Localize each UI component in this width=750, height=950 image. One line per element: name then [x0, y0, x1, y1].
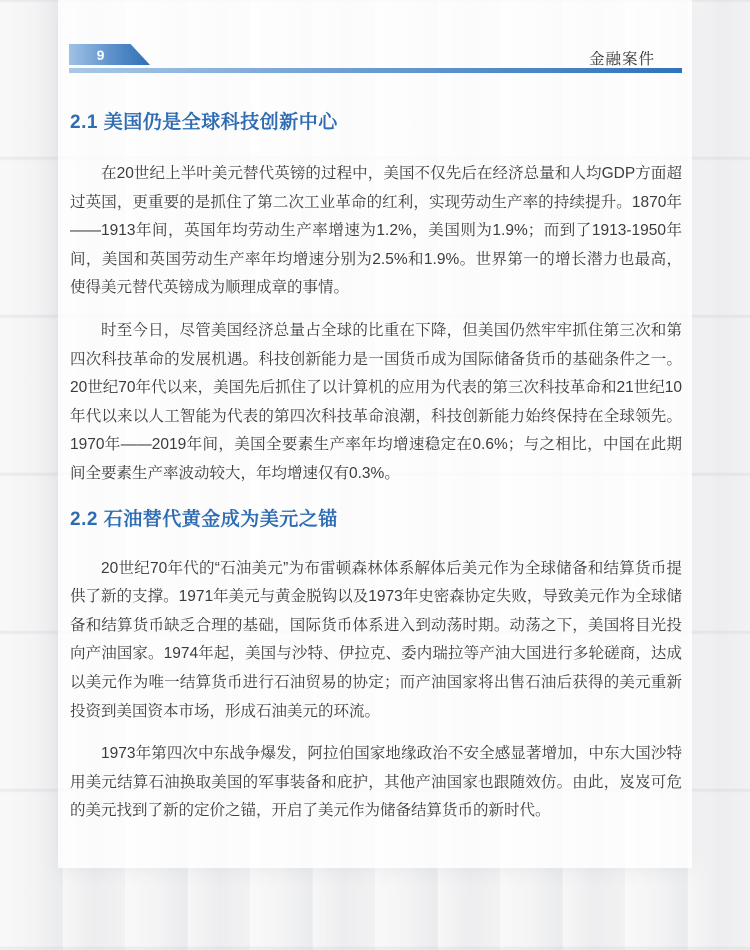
page-number: 9 [97, 47, 105, 63]
paragraph-2-2-b: 1973年第四次中东战争爆发，阿拉伯国家地缘政治不安全感显著增加，中东大国沙特用… [70, 740, 682, 826]
paragraph-2-2-a: 20世纪70年代的“石油美元”为布雷顿森林体系解体后美元作为全球储备和结算货币提… [70, 555, 682, 727]
header-divider [69, 68, 682, 73]
document-page: 9 金融案件 2.1 美国仍是全球科技创新中心 在20世纪上半叶美元替代英镑的过… [0, 0, 750, 950]
section-heading-2-2: 2.2 石油替代黄金成为美元之锚 [70, 509, 682, 531]
paragraph-2-1-a: 在20世纪上半叶美元替代英镑的过程中，美国不仅先后在经济总量和人均GDP方面超过… [70, 160, 682, 303]
content-area: 2.1 美国仍是全球科技创新中心 在20世纪上半叶美元替代英镑的过程中，美国不仅… [70, 100, 682, 840]
paragraph-2-1-b: 时至今日，尽管美国经济总量占全球的比重在下降，但美国仍然牢牢抓住第三次和第四次科… [70, 317, 682, 489]
section-heading-2-1: 2.1 美国仍是全球科技创新中心 [70, 112, 682, 134]
header-title: 金融案件 [589, 47, 655, 69]
